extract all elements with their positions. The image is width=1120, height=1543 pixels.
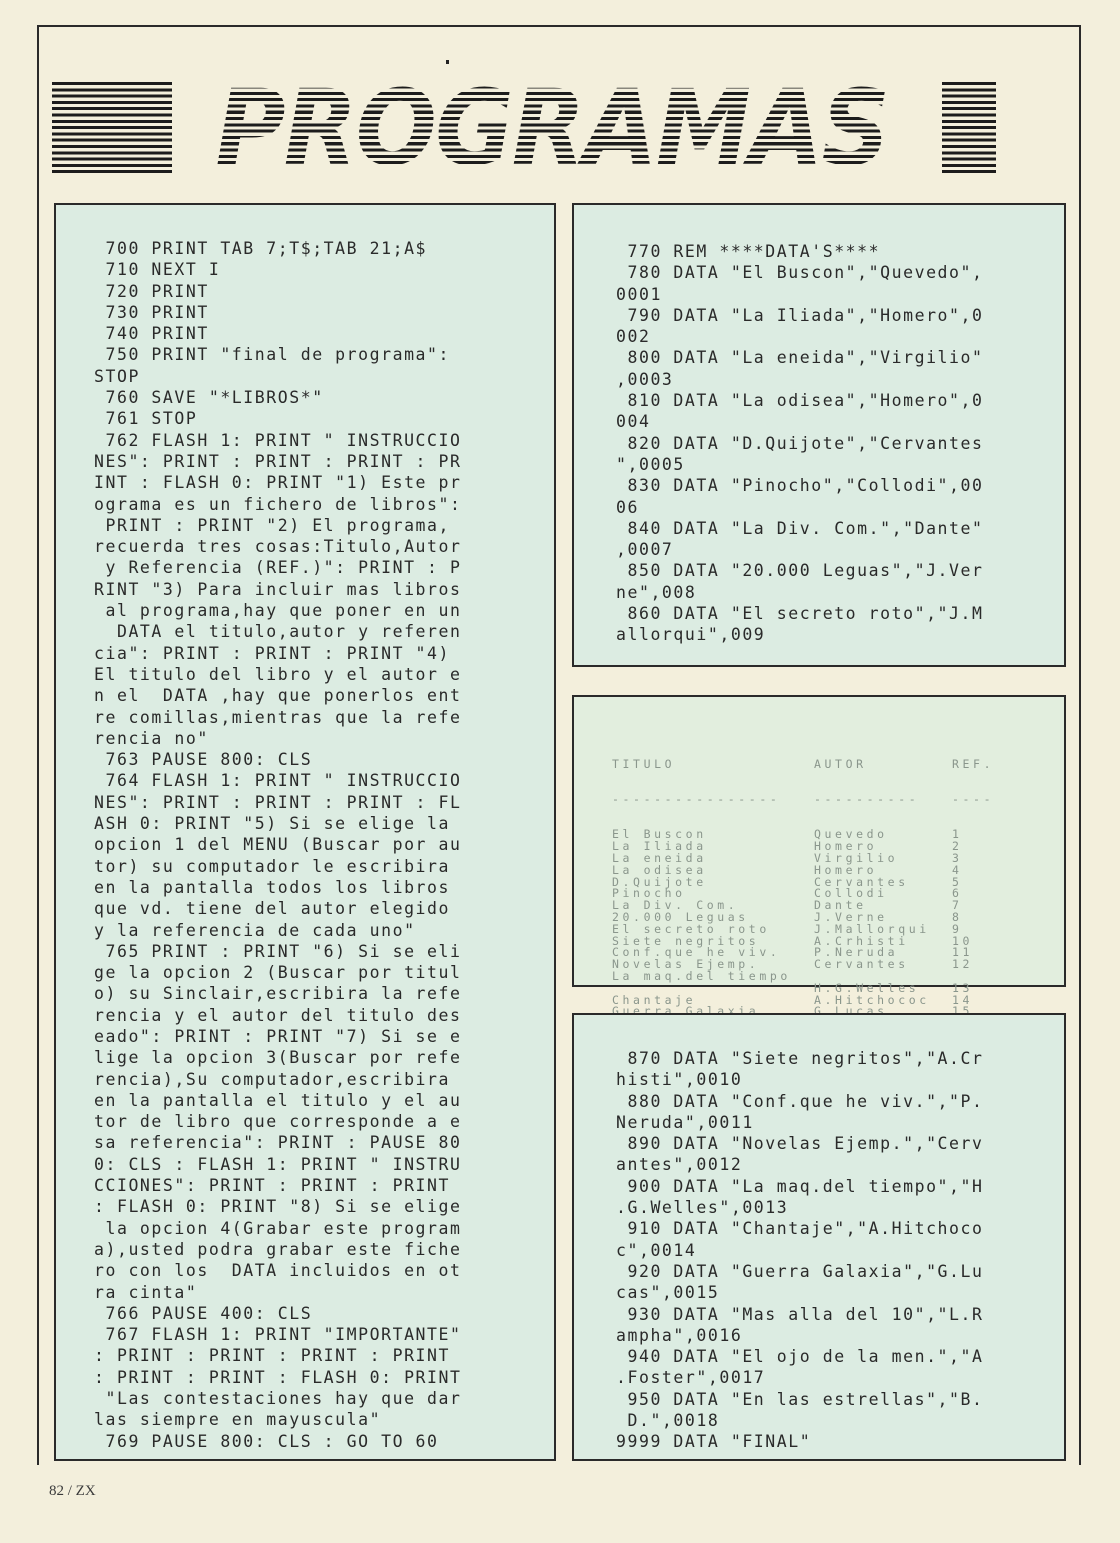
header-autor: AUTOR [814, 759, 952, 771]
header-ref: REF. [952, 759, 1002, 771]
page-footer: 82 / ZX [49, 1483, 96, 1500]
cell-ref: 12 [952, 959, 1002, 971]
screen-rows: El BusconQuevedo1La IliadaHomero2La enei… [612, 829, 1002, 1018]
section-banner: PROGRAMAS [52, 82, 996, 174]
data-listing-panel-2: 870 DATA "Siete negritos","A.Cr histi",0… [572, 1013, 1066, 1461]
screen-row: La maq.del tiempo [612, 971, 1002, 983]
basic-listing-panel: 700 PRINT TAB 7;T$;TAB 21;A$ 710 NEXT I … [54, 203, 556, 1461]
basic-listing-data-part1: 770 REM ****DATA'S**** 780 DATA "El Busc… [616, 241, 983, 646]
cell-titulo: La maq.del tiempo [612, 971, 814, 983]
screen-header-row: TITULO AUTOR REF. [612, 759, 1002, 771]
cell-autor: Cervantes [814, 959, 952, 971]
data-listing-panel-1: 770 REM ****DATA'S**** 780 DATA "El Busc… [572, 203, 1066, 667]
screen-output-panel: TITULO AUTOR REF. ---------------- -----… [572, 695, 1066, 987]
screen-rule-row: ---------------- ---------- ---- [612, 794, 1002, 806]
basic-listing-instructions: 700 PRINT TAB 7;T$;TAB 21;A$ 710 NEXT I … [94, 238, 461, 1452]
header-titulo: TITULO [612, 759, 814, 771]
section-title: PROGRAMAS [156, 76, 947, 180]
rule-titulo: ---------------- [612, 794, 814, 806]
rule-ref: ---- [952, 794, 1002, 806]
basic-listing-data-part2: 870 DATA "Siete negritos","A.Cr histi",0… [616, 1048, 983, 1453]
rule-autor: ---------- [814, 794, 952, 806]
print-speck [446, 60, 449, 64]
screen-output-table: TITULO AUTOR REF. ---------------- -----… [612, 735, 1002, 1042]
